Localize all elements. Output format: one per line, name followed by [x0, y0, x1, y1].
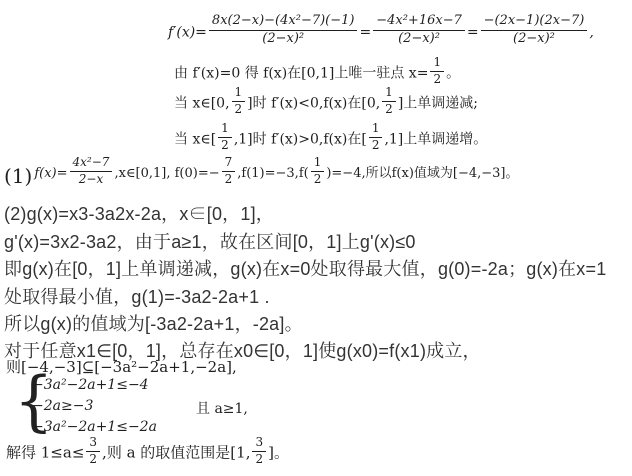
statement-text: ,1]时 f′(x)>0,f(x)在[	[234, 131, 367, 147]
statement-text: ,则 a 的取值范围是[1,	[102, 443, 250, 461]
numerator: 1	[311, 156, 325, 172]
decreasing-interval-line: 当 x∈[0,12]时 f′(x)<0,f(x)在[0,12]上单调递减;	[174, 88, 478, 119]
stationary-point-line: 由 f′(x)=0 得 f(x)在[0,1]上唯一驻点 x=12。	[174, 58, 460, 89]
inequality-row: −2a≥−3	[32, 399, 157, 414]
numerator: 3	[252, 436, 266, 452]
document: f′(x)=8x(2−x)−(4x²−7)(−1)(2−x)²=−4x²+16x…	[0, 0, 632, 476]
numerator: 1	[232, 86, 246, 102]
fraction: 72	[222, 156, 236, 187]
fraction: 12	[232, 86, 246, 117]
final-answer-line: 解得 1≤a≤32,则 a 的取值范围是[1,32]。	[6, 438, 289, 469]
part2-line-2: g'(x)=3x2-3a2，由于a≥1，故在区间[0，1]上g'(x)≤0	[4, 228, 416, 254]
statement-text: 由 f′(x)=0 得 f(x)在[0,1]上唯一驻点 x=	[174, 65, 428, 81]
statement-text: 当 x∈[0,	[174, 95, 230, 111]
part2-line-1: (2)g(x)=x3-3a2x-2a，x∈[0，1]，	[4, 200, 274, 226]
denominator: 2	[430, 72, 444, 87]
condition-text: 且 a≥1,	[196, 398, 248, 418]
numerator: 1	[369, 122, 383, 138]
denominator: 2	[232, 102, 246, 117]
fraction: 12	[382, 86, 396, 117]
part1-answer-line: (1)f(x)=4x²−72−x,x∈[0,1], f(0)=−72,f(1)=…	[4, 158, 519, 189]
denominator: 2−x	[70, 172, 113, 187]
inequality-row: −3a²−2a+1≤−4	[32, 378, 157, 393]
denominator: 2	[369, 138, 383, 153]
denominator: (2−x)²	[373, 31, 465, 47]
increasing-interval-line: 当 x∈[12,1]时 f′(x)>0,f(x)在[12,1]上单调递增。	[174, 124, 487, 155]
part2-line-5: 所以g(x)的值域为[-3a2-2a+1，-2a]。	[4, 310, 303, 336]
denominator: 2	[382, 102, 396, 117]
fraction: 32	[252, 436, 266, 467]
fraction: 8x(2−x)−(4x²−7)(−1)(2−x)²	[209, 14, 358, 47]
denominator: 2	[218, 138, 232, 153]
statement-text: ]时 f′(x)<0,f(x)在[0,	[247, 95, 380, 111]
derivative-lhs: f′(x)=	[168, 24, 207, 40]
fraction: −4x²+16x−7(2−x)²	[373, 14, 465, 47]
function-definition: f(x)=	[34, 166, 67, 181]
fraction: 12	[430, 56, 444, 87]
denominator: 2	[311, 172, 325, 187]
equals-sign: =	[359, 24, 371, 40]
derivative-equation-line: f′(x)=8x(2−x)−(4x²−7)(−1)(2−x)²=−4x²+16x…	[168, 16, 594, 49]
punctuation: 。	[446, 65, 460, 81]
inequality-system: −3a²−2a+1≤−4 −2a≥−3 −3a²−2a+1≤−2a	[32, 378, 157, 435]
part2-line-3: 即g(x)在[0，1]上单调递减，g(x)在x=0处取得最大值，g(0)=-2a…	[4, 255, 606, 281]
fraction: 12	[218, 122, 232, 153]
denominator: 2	[252, 452, 266, 467]
punctuation: ,	[589, 24, 593, 40]
inequality-row: −3a²−2a+1≤−2a	[32, 420, 157, 435]
numerator: −(2x−1)(2x−7)	[481, 14, 588, 31]
denominator: (2−x)²	[209, 31, 358, 47]
denominator: (2−x)²	[481, 31, 588, 47]
numerator: 3	[86, 436, 100, 452]
statement-text: )=−4,所以f(x)值域为[−4,−3]。	[326, 166, 518, 181]
fraction: −(2x−1)(2x−7)(2−x)²	[481, 14, 588, 47]
fraction: 4x²−72−x	[70, 156, 113, 187]
statement-text: ,x∈[0,1], f(0)=−	[114, 166, 219, 181]
numerator: 1	[430, 56, 444, 72]
numerator: 7	[222, 156, 236, 172]
part1-label: (1)	[4, 164, 32, 188]
statement-text: 当 x∈[	[174, 131, 216, 147]
numerator: −4x²+16x−7	[373, 14, 465, 31]
statement-text: ,f(1)=−3,f(	[237, 166, 308, 181]
statement-text: ,1]上单调递增。	[384, 131, 487, 147]
equals-sign: =	[467, 24, 479, 40]
fraction: 12	[369, 122, 383, 153]
numerator: 8x(2−x)−(4x²−7)(−1)	[209, 14, 358, 31]
fraction: 32	[86, 436, 100, 467]
fraction: 12	[311, 156, 325, 187]
statement-text: 解得 1≤a≤	[6, 443, 84, 461]
part2-line-4: 处取得最小值，g(1)=-3a2-2a+1 .	[4, 283, 270, 309]
numerator: 1	[382, 86, 396, 102]
denominator: 2	[222, 172, 236, 187]
statement-text: ]上单调递减;	[398, 95, 478, 111]
numerator: 4x²−7	[70, 156, 113, 172]
statement-text: ]。	[268, 443, 289, 461]
numerator: 1	[218, 122, 232, 138]
denominator: 2	[86, 452, 100, 467]
